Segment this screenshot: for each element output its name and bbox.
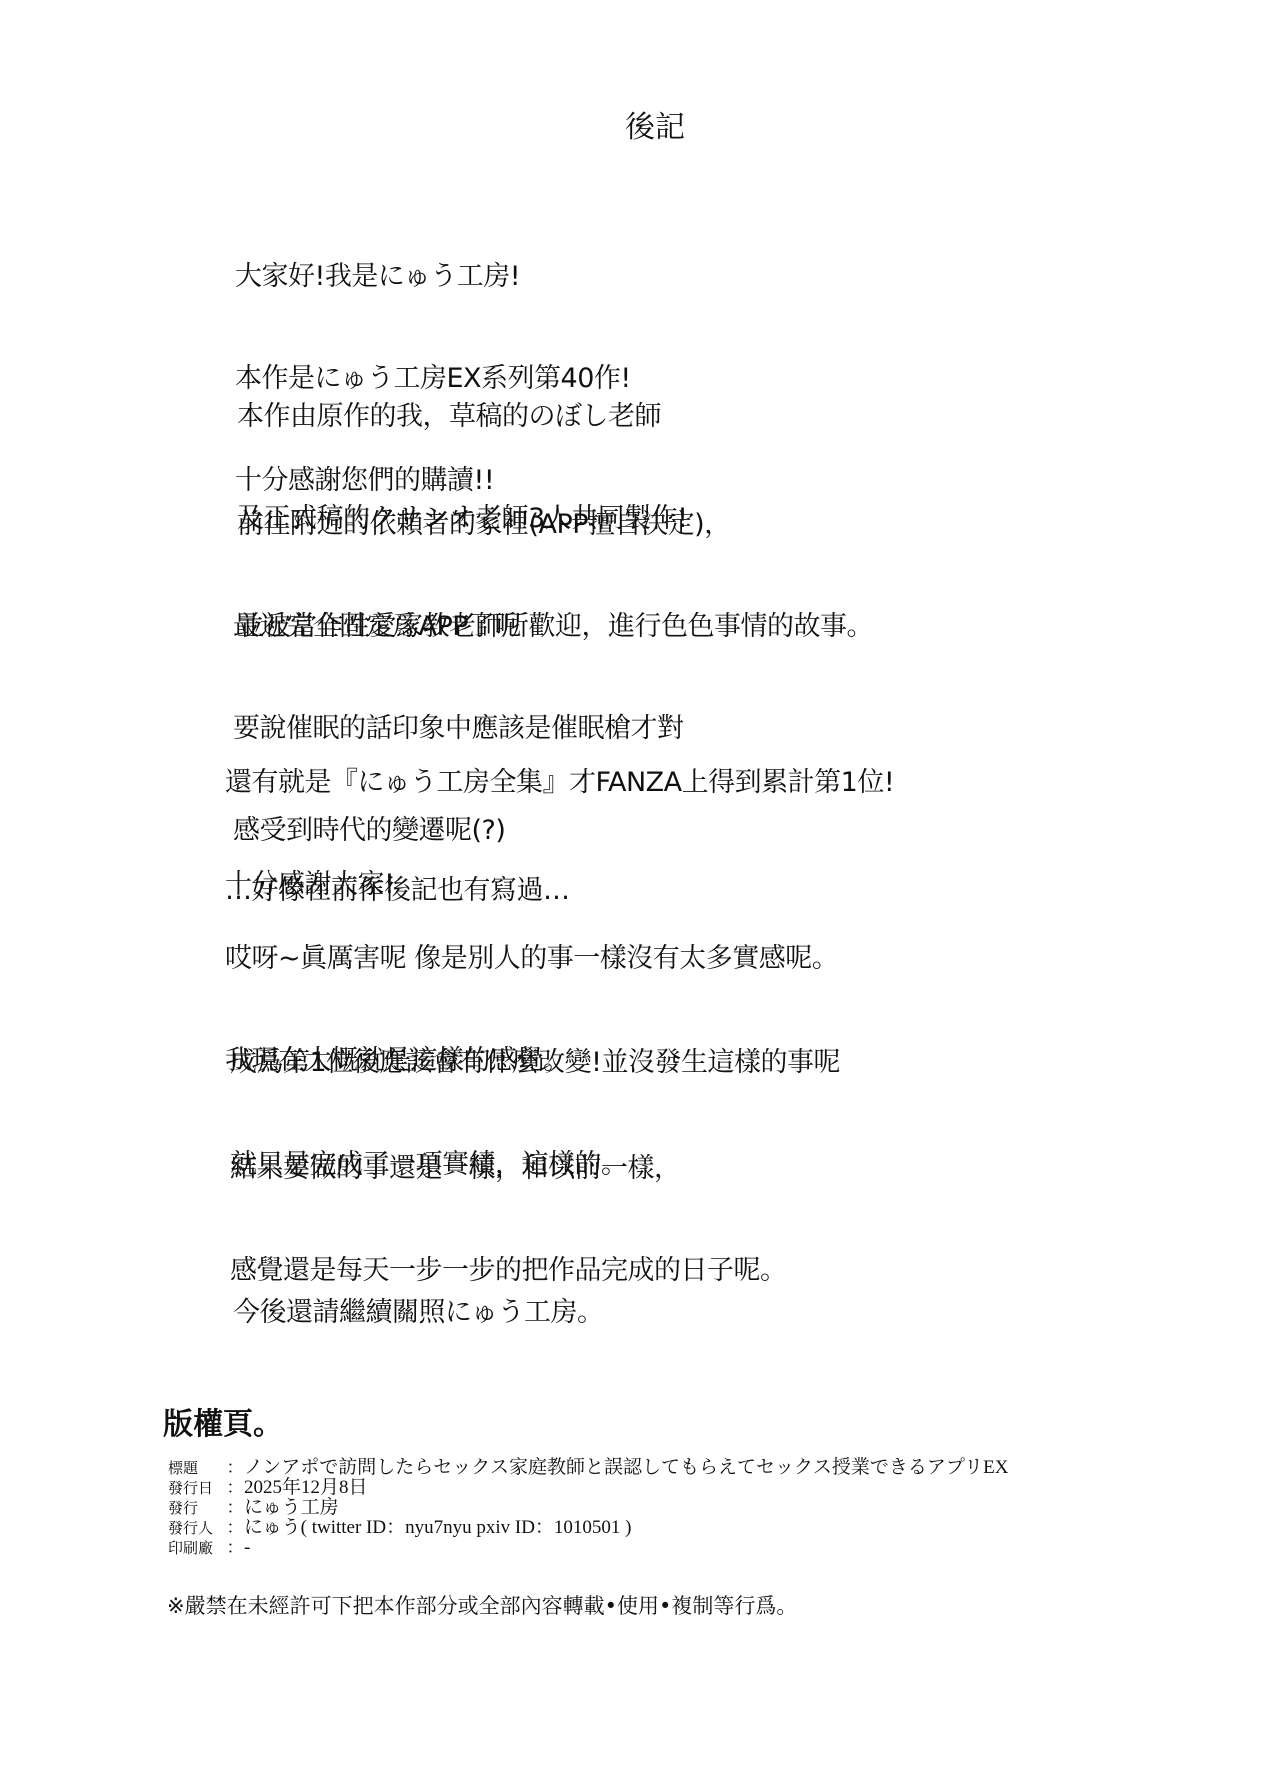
colophon-colon: ：	[226, 1538, 244, 1558]
colophon-row-printer: 印刷廠 ： -	[168, 1538, 1008, 1558]
colophon-label: 發行	[168, 1498, 226, 1518]
text-line: 本作由原作的我，草稿的のぼし老師	[237, 400, 687, 434]
text-line: 還有就是『にゅう工房全集』才FANZA上得到累計第1位!	[225, 766, 894, 800]
afterword-title: 後記	[0, 108, 1280, 148]
colophon-colon: ：	[226, 1458, 244, 1478]
text-line: 哎呀~眞厲害呢 像是別人的事一樣沒有太多實感呢。	[225, 942, 838, 976]
text-line: 成爲第1位後應該會有什麼改變!並沒發生這樣的事呢	[230, 1046, 840, 1080]
text-line: 最近完全固定爲APP了呢	[233, 610, 684, 644]
colophon-row-date: 發行日 ： 2025年12月8日	[168, 1478, 1008, 1498]
colophon-value: ノンアポで訪問したらセックス家庭教師と誤認してもらえてセックス授業できるアプリE…	[244, 1458, 1008, 1478]
copyright-notice: ※嚴禁在未經許可下把本作部分或全部內容轉載•使用•複制等行爲。	[167, 1592, 797, 1620]
colophon-row-author: 發行人 ： にゅう( twitter ID：nyu7nyu pxiv ID：10…	[168, 1518, 1008, 1538]
colophon-value: 2025年12月8日	[244, 1478, 368, 1498]
colophon-label: 印刷廠	[168, 1538, 226, 1558]
colophon-row-publisher: 發行 ： にゅう工房	[168, 1498, 1008, 1518]
afterword-page: 後記 大家好!我是にゅう工房! 本作是にゅう工房EX系列第40作! 十分感謝您們…	[0, 0, 1280, 1790]
colophon-row-title: 標題 ： ノンアポで訪問したらセックス家庭教師と誤認してもらえてセックス授業でき…	[168, 1458, 1008, 1478]
text-line: 大家好!我是にゅう工房!	[235, 260, 631, 294]
paragraph-closing: 今後還請繼續關照にゅう工房。	[233, 1228, 603, 1398]
colophon-label: 發行日	[168, 1478, 226, 1498]
colophon-table: 標題 ： ノンアポで訪問したらセックス家庭教師と誤認してもらえてセックス授業でき…	[168, 1458, 1008, 1558]
colophon-value: にゅう工房	[244, 1498, 339, 1518]
colophon-colon: ：	[226, 1498, 244, 1518]
text-line: 今後還請繼續關照にゅう工房。	[233, 1296, 603, 1330]
text-line: 前往附近的依賴者的家裡(APP擅自決定)，	[237, 508, 873, 542]
colophon-value: にゅう( twitter ID：nyu7nyu pxiv ID：1010501 …	[244, 1518, 632, 1538]
copyright-heading: 版權頁。	[163, 1405, 283, 1445]
colophon-value: -	[244, 1538, 250, 1558]
colophon-label: 發行人	[168, 1518, 226, 1538]
colophon-label: 標題	[168, 1458, 226, 1478]
colophon-colon: ：	[226, 1478, 244, 1498]
colophon-colon: ：	[226, 1518, 244, 1538]
text-line: 結果要做的事還是一樣，和以前一樣，	[230, 1152, 787, 1186]
